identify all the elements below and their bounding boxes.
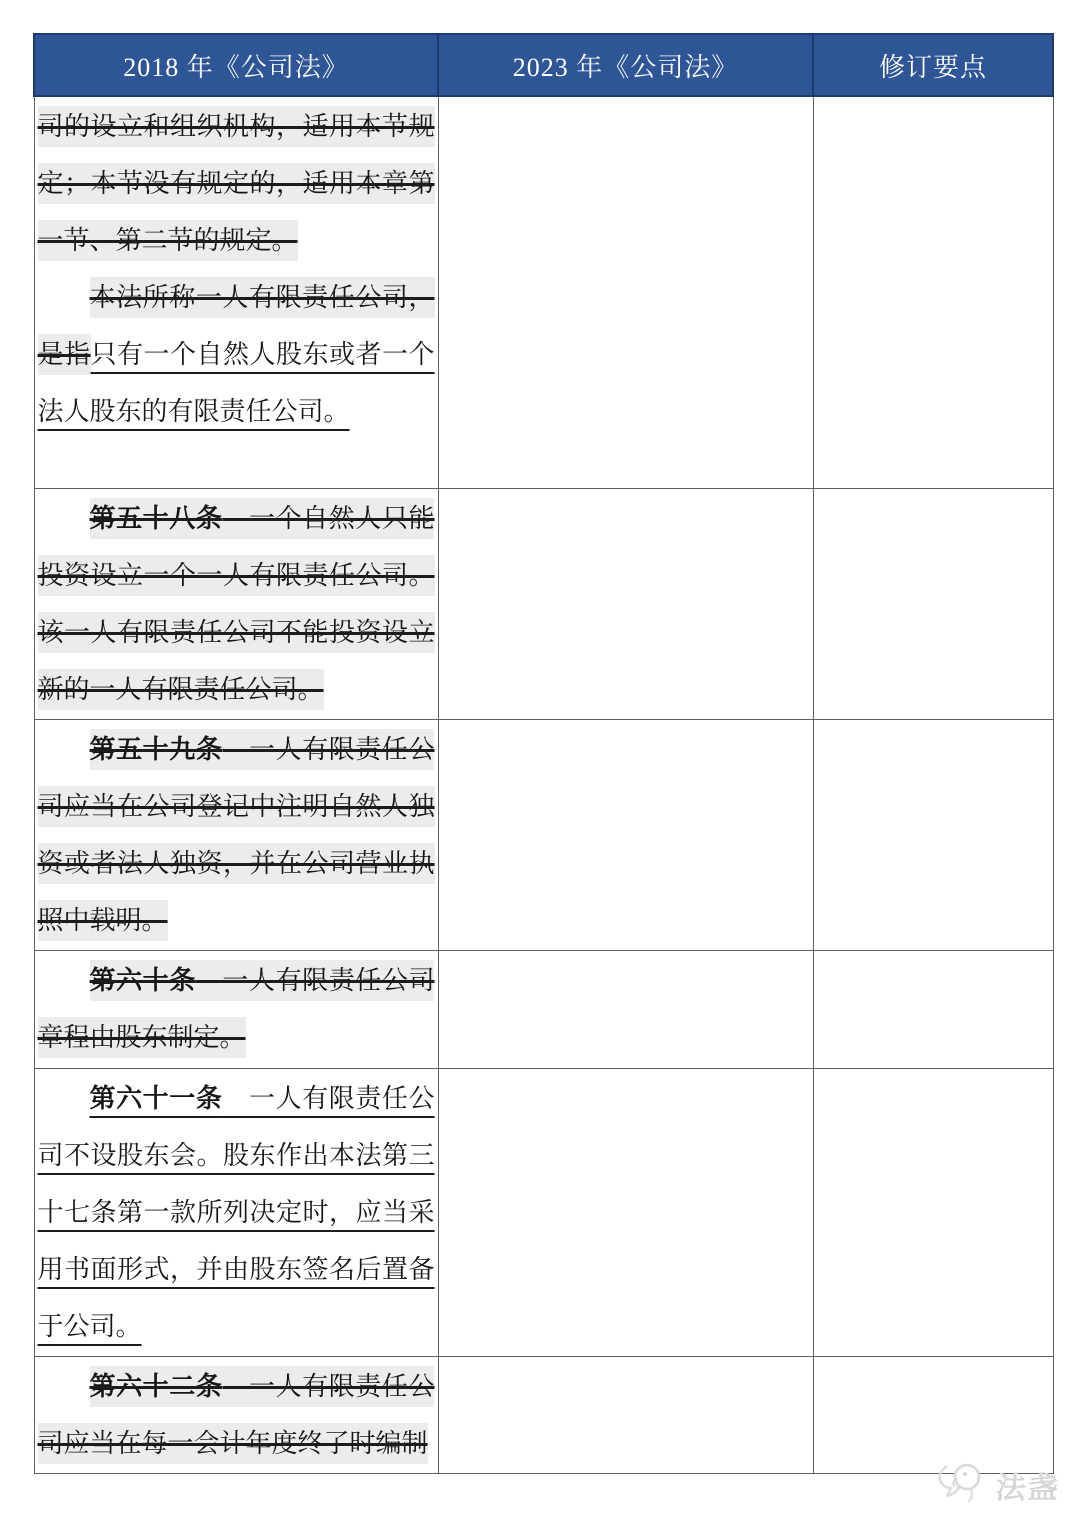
- cell-revision-notes: [813, 1356, 1053, 1473]
- cell-2023-text: [438, 1068, 813, 1356]
- deleted-text: 第六十二条: [90, 1366, 223, 1407]
- cell-2018-text: 第六十条 一人有限责任公司章程由股东制定。: [34, 950, 438, 1068]
- header-2018-law: 2018 年《公司法》: [34, 34, 438, 96]
- law-paragraph: 第六十二条 一人有限责任公司应当在每一会计年度终了时编制: [38, 1358, 435, 1472]
- watermark: 法盏: [934, 1460, 1060, 1509]
- cell-2018-text: 第六十二条 一人有限责任公司应当在每一会计年度终了时编制: [34, 1356, 438, 1473]
- law-comparison-table: 2018 年《公司法》 2023 年《公司法》 修订要点 司的设立和组织机构，适…: [33, 33, 1054, 1474]
- law-paragraph: 司的设立和组织机构，适用本节规定；本节没有规定的，适用本章第一节、第二节的规定。: [38, 98, 435, 269]
- cell-2018-text: 第六十一条 一人有限责任公司不设股东会。股东作出本法第三十七条第一款所列决定时，…: [34, 1068, 438, 1356]
- cell-2018-text: 司的设立和组织机构，适用本节规定；本节没有规定的，适用本章第一节、第二节的规定。…: [34, 96, 438, 488]
- cell-revision-notes: [813, 950, 1053, 1068]
- inserted-text: 第六十一条: [90, 1084, 223, 1113]
- inserted-text: 只有一个自然人股东或者一个法人股东的有限责任公司。: [38, 340, 435, 426]
- table-row: 第五十八条 一个自然人只能投资设立一个一人有限责任公司。该一人有限责任公司不能投…: [34, 488, 1053, 719]
- deleted-text: 第五十八条: [90, 498, 223, 539]
- comparison-table-body: 司的设立和组织机构，适用本节规定；本节没有规定的，适用本章第一节、第二节的规定。…: [34, 96, 1053, 1473]
- law-paragraph: 第五十八条 一个自然人只能投资设立一个一人有限责任公司。该一人有限责任公司不能投…: [38, 490, 435, 718]
- header-2023-law: 2023 年《公司法》: [438, 34, 813, 96]
- cell-revision-notes: [813, 96, 1053, 488]
- law-paragraph: 本法所称一人有限责任公司，是指只有一个自然人股东或者一个法人股东的有限责任公司。: [38, 269, 435, 440]
- cell-2023-text: [438, 488, 813, 719]
- inserted-text: 一人有限责任公司不设股东会。股东作出本法第三十七条第一款所列决定时，应当采用书面…: [38, 1084, 435, 1341]
- cell-2018-text: 第五十九条 一人有限责任公司应当在公司登记中注明自然人独资或者法人独资，并在公司…: [34, 719, 438, 950]
- cell-revision-notes: [813, 719, 1053, 950]
- table-row: 第六十二条 一人有限责任公司应当在每一会计年度终了时编制: [34, 1356, 1053, 1473]
- table-row: 第六十条 一人有限责任公司章程由股东制定。: [34, 950, 1053, 1068]
- cell-2023-text: [438, 96, 813, 488]
- deleted-text: 司的设立和组织机构，适用本节规定；本节没有规定的，适用本章第一节、第二节的规定。: [38, 106, 435, 261]
- cell-2023-text: [438, 719, 813, 950]
- chick-logo-icon: [934, 1460, 992, 1509]
- cell-revision-notes: [813, 488, 1053, 719]
- deleted-text: 第六十条: [90, 960, 196, 1001]
- table-header: 2018 年《公司法》 2023 年《公司法》 修订要点: [34, 34, 1053, 96]
- table-row: 第六十一条 一人有限责任公司不设股东会。股东作出本法第三十七条第一款所列决定时，…: [34, 1068, 1053, 1356]
- table-row: 第五十九条 一人有限责任公司应当在公司登记中注明自然人独资或者法人独资，并在公司…: [34, 719, 1053, 950]
- cell-revision-notes: [813, 1068, 1053, 1356]
- law-paragraph: 第六十条 一人有限责任公司章程由股东制定。: [38, 952, 435, 1066]
- table-row: 司的设立和组织机构，适用本节规定；本节没有规定的，适用本章第一节、第二节的规定。…: [34, 96, 1053, 488]
- cell-2018-text: 第五十八条 一个自然人只能投资设立一个一人有限责任公司。该一人有限责任公司不能投…: [34, 488, 438, 719]
- page: 2018 年《公司法》 2023 年《公司法》 修订要点 司的设立和组织机构，适…: [0, 0, 1080, 1527]
- deleted-text: 第五十九条: [90, 729, 223, 770]
- watermark-label: 法盏: [994, 1463, 1061, 1507]
- law-paragraph: 第六十一条 一人有限责任公司不设股东会。股东作出本法第三十七条第一款所列决定时，…: [38, 1070, 435, 1355]
- cell-2023-text: [438, 950, 813, 1068]
- law-paragraph: 第五十九条 一人有限责任公司应当在公司登记中注明自然人独资或者法人独资，并在公司…: [38, 721, 435, 949]
- cell-2023-text: [438, 1356, 813, 1473]
- header-row: 2018 年《公司法》 2023 年《公司法》 修订要点: [34, 34, 1053, 96]
- header-revision-points: 修订要点: [813, 34, 1053, 96]
